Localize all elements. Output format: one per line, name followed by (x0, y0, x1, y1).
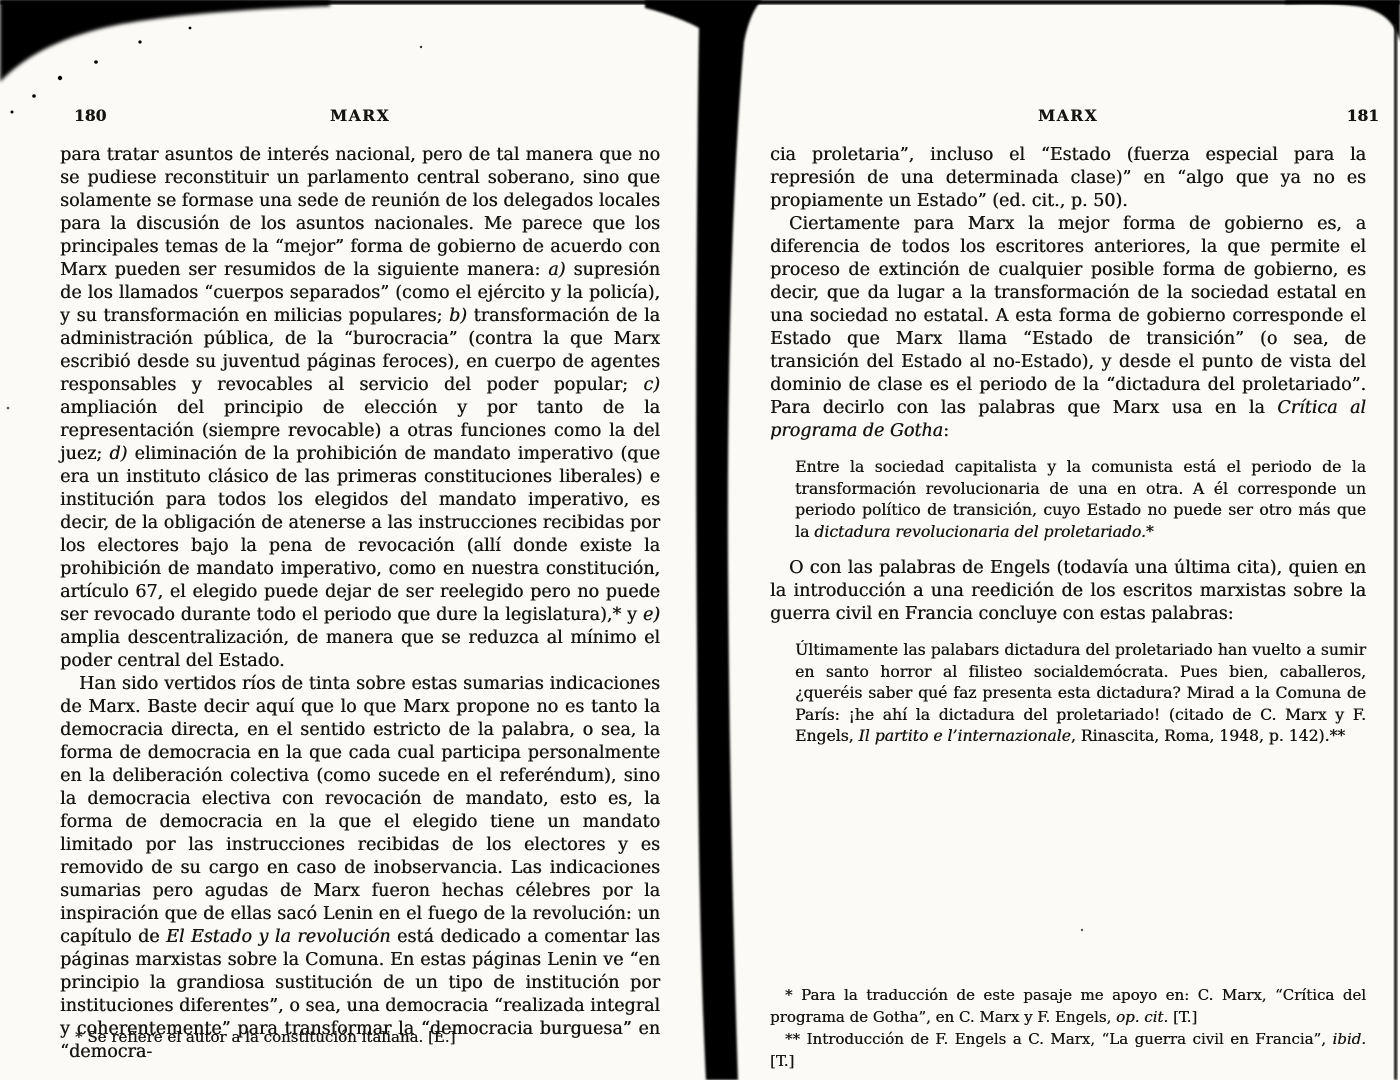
running-head-right: MARX (1038, 106, 1098, 125)
footnotes-left: * Se refiere el autor a la constitución … (60, 1026, 660, 1048)
paragraph: para tratar asuntos de interés nacional,… (60, 144, 660, 673)
page-header-left: 180 MARX (60, 106, 660, 126)
paragraph: O con las palabras de Engels (todavía un… (770, 557, 1366, 626)
gutter-shadow (645, 0, 762, 1080)
paragraph: Han sido vertidos ríos de tinta sobre es… (60, 673, 660, 1064)
book-scan: 180 MARX para tratar asuntos de interés … (0, 0, 1400, 1080)
scan-speck (7, 407, 10, 410)
block-quote: Entre la sociedad capitalista y la comun… (770, 457, 1366, 543)
page-body-left: para tratar asuntos de interés nacional,… (60, 144, 660, 1064)
page-body-right: cia proletaria”, incluso el “Estado (fue… (770, 144, 1366, 748)
page-header-right: MARX 181 (770, 106, 1366, 126)
block-quote: Últimamente las palabars dictadura del p… (770, 640, 1366, 748)
page-left: 180 MARX para tratar asuntos de interés … (60, 0, 660, 1080)
paragraph: cia proletaria”, incluso el “Estado (fue… (770, 144, 1366, 213)
page-number-left: 180 (74, 106, 106, 125)
page-edge-line (1394, 24, 1397, 1080)
footnotes-right: * Para la traducción de este pasaje me a… (770, 984, 1366, 1072)
paragraph: Ciertamente para Marx la mejor forma de … (770, 213, 1366, 443)
running-head-left: MARX (330, 106, 390, 125)
footnote: ** Introducción de F. Engels a C. Marx, … (770, 1028, 1366, 1072)
footnote: * Se refiere el autor a la constitución … (60, 1026, 660, 1048)
page-number-right: 181 (1347, 106, 1379, 125)
footnote: * Para la traducción de este pasaje me a… (770, 984, 1366, 1028)
page-right: MARX 181 cia proletaria”, incluso el “Es… (770, 0, 1366, 1080)
